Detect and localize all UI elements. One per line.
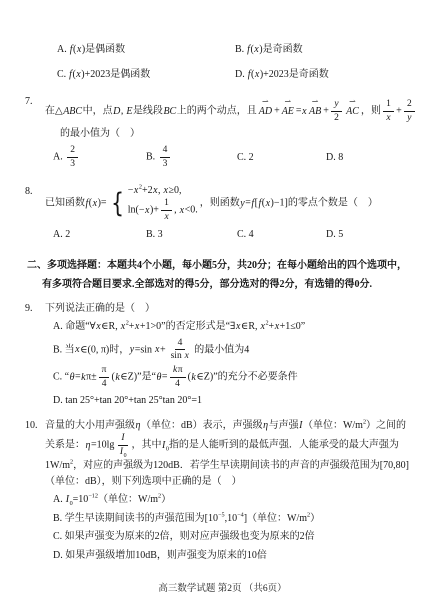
question-7-body: 在△ABC中，点D, E是线段BC上的两个动点，且AD+AE=xAB+y2AC，… (45, 94, 445, 170)
question-10-text-1: 音量的大小用声强级η（单位：dB）表示，声强级η与声强I（单位：W/m2）之间的 (45, 418, 445, 434)
option-b: B. 学生早读期间读书的声强范围为[10−5,10−4]（单位：W/m2） (53, 511, 445, 527)
question-7-number: 7. (25, 94, 45, 170)
option-a: A. f(x)是偶函数 (57, 42, 235, 58)
option-d: D. tan 25°+tan 20°+tan 25°tan 20°=1 (53, 393, 445, 409)
option-a: A. I0=10−12（单位：W/m2） (53, 492, 445, 508)
question-10-text-3: 1W/m2，对应的声强级为120dB．若学生早读期间读书的声音的声强级范围为[7… (45, 458, 445, 474)
question-7: 7. 在△ABC中，点D, E是线段BC上的两个动点，且AD+AE=xAB+y2… (0, 94, 445, 170)
q6-options: A. f(x)是偶函数 B. f(x)是奇函数 C. f(x)+2023是偶函数… (0, 42, 445, 82)
question-10: 10. 音量的大小用声强级η（单位：dB）表示，声强级η与声强I（单位：W/m2… (0, 418, 445, 563)
question-10-number: 10. (25, 418, 45, 563)
option-b: B. 43 (146, 145, 237, 170)
option-d: D. 8 (326, 150, 343, 166)
question-9-number: 9. (25, 301, 45, 409)
question-9-stem: 下列说法正确的是（ ） (45, 301, 445, 317)
option-c: C. “θ=kπ±π4(k∈Z)”是“θ=kπ4(k∈Z)”的充分不必要条件 (53, 365, 445, 390)
question-7-text: 在△ABC中，点D, E是线段BC上的两个动点，且AD+AE=xAB+y2AC，… (45, 94, 445, 124)
option-a: A. 23 (53, 145, 146, 170)
option-c: C. 如果声强变为原来的2倍，则对应声强级也变为原来的2倍 (53, 529, 445, 545)
option-d: D. f(x)+2023是奇函数 (235, 67, 413, 83)
option-d: D. 5 (326, 227, 343, 243)
question-10-body: 音量的大小用声强级η（单位：dB）表示，声强级η与声强I（单位：W/m2）之间的… (45, 418, 445, 563)
question-10-text-2: 关系是：η=10lgII0，其中I0指的是人能听到的最低声强．人能承受的最大声强… (45, 433, 445, 458)
section-2-header-line-1: 二、多项选择题：本题共4个小题，每小题5分，共20分；在每小题给出的四个选项中， (27, 256, 425, 275)
question-8: 8. 已知函数f(x)={−x2+2x, x≥0,ln(−x)+1x, x<0.… (0, 184, 445, 242)
question-8-options: A. 2 B. 3 C. 4 D. 5 (53, 227, 445, 243)
question-8-text: 已知函数f(x)={−x2+2x, x≥0,ln(−x)+1x, x<0.，则函… (45, 184, 445, 223)
options-row-ab: A. f(x)是偶函数 B. f(x)是奇函数 (57, 42, 445, 58)
option-c: C. f(x)+2023是偶函数 (57, 67, 235, 83)
options-row-cd: C. f(x)+2023是偶函数 D. f(x)+2023是奇函数 (57, 67, 445, 83)
option-b: B. 3 (146, 227, 237, 243)
question-9-body: 下列说法正确的是（ ） A. 命题“∀x∈R, x2+x+1>0”的否定形式是“… (45, 301, 445, 409)
exam-page: A. f(x)是偶函数 B. f(x)是奇函数 C. f(x)+2023是偶函数… (0, 0, 445, 610)
option-a: A. 2 (53, 227, 146, 243)
question-8-number: 8. (25, 184, 45, 242)
option-a: A. 命题“∀x∈R, x2+x+1>0”的否定形式是“∃x∈R, x2+x+1… (53, 319, 445, 335)
option-d: D. 如果声强级增加10dB，则声强变为原来的10倍 (53, 548, 445, 564)
section-2-header-line-2: 有多项符合题目要求.全部选对的得5分，部分选对的得2分，有选错的得0分. (42, 275, 425, 294)
section-2-header: 二、多项选择题：本题共4个小题，每小题5分，共20分；在每小题给出的四个选项中，… (27, 256, 425, 294)
option-c: C. 2 (237, 150, 326, 166)
question-9: 9. 下列说法正确的是（ ） A. 命题“∀x∈R, x2+x+1>0”的否定形… (0, 301, 445, 409)
question-7-options: A. 23 B. 43 C. 2 D. 8 (53, 145, 445, 170)
option-b: B. 当x∈(0, π)时，y=sin x+4sin x的最小值为4 (53, 338, 445, 363)
page-footer: 高三数学试题 第2页 （共6页） (0, 580, 445, 594)
question-8-body: 已知函数f(x)={−x2+2x, x≥0,ln(−x)+1x, x<0.，则函… (45, 184, 445, 242)
option-c: C. 4 (237, 227, 326, 243)
question-7-text-cont: 的最小值为（ ） (60, 126, 445, 142)
option-b: B. f(x)是奇函数 (235, 42, 413, 58)
question-10-text-4: （单位：dB），则下列选项中正确的是（ ） (45, 474, 445, 490)
